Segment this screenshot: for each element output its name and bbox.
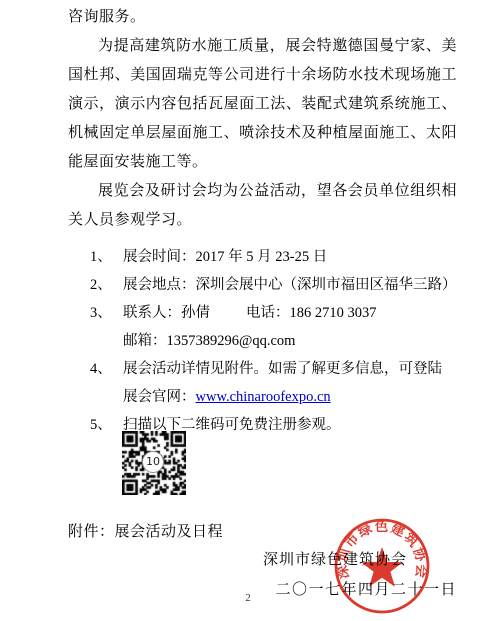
list-item-time-text: 展会时间：2017 年 5 月 23-25 日: [123, 249, 327, 265]
list-number: 4、: [90, 355, 112, 383]
qr-center-badge: 10: [142, 451, 164, 473]
paragraph-continuation: 咨询服务。: [68, 3, 457, 32]
signature-organization: 深圳市绿色建筑协会: [263, 545, 457, 575]
page-number: 2: [0, 592, 496, 604]
website-label: 展会官网：: [123, 389, 196, 405]
list-number: 5、: [90, 411, 112, 439]
paragraph-invitation: 展览会及研讨会均为公益活动，望各会员单位组织相关人员参观学习。: [68, 177, 457, 235]
contact-name: 联系人：孙倩: [123, 305, 210, 321]
expo-website-link[interactable]: www.chinaroofexpo.cn: [196, 389, 331, 405]
list-item-contact: 3、 联系人：孙倩电话：186 2710 3037 邮箱：1357389296@…: [68, 299, 457, 355]
page: 咨询服务。 为提高建筑防水施工质量，展会特邀德国曼宁家、美国杜邦、美国固瑞克等公…: [0, 0, 496, 621]
document-page: { "document": { "paragraphs": [ "咨询服务。",…: [0, 0, 496, 621]
list-item-website: 4、 展会活动详情见附件。如需了解更多信息，可登陆 展会官网：www.china…: [68, 355, 457, 411]
body-text: 咨询服务。 为提高建筑防水施工质量，展会特邀德国曼宁家、美国杜邦、美国固瑞克等公…: [68, 3, 457, 439]
paragraph-demo-intro: 为提高建筑防水施工质量，展会特邀德国曼宁家、美国杜邦、美国固瑞克等公司进行十余场…: [68, 32, 457, 177]
contact-phone: 电话：186 2710 3037: [246, 305, 377, 321]
qr-code: 10: [122, 431, 186, 495]
list-number: 2、: [90, 271, 112, 299]
info-list: 1、 展会时间：2017 年 5 月 23-25 日 2、 展会地点：深圳会展中…: [68, 243, 457, 439]
list-number: 1、: [90, 243, 112, 271]
list-item-venue: 2、 展会地点：深圳会展中心（深圳市福田区福华三路）: [68, 271, 457, 299]
list-number: 3、: [90, 299, 112, 327]
list-item-time: 1、 展会时间：2017 年 5 月 23-25 日: [68, 243, 457, 271]
attachment-line: 附件：展会活动及日程: [68, 518, 223, 547]
website-line1-text: 展会活动详情见附件。如需了解更多信息，可登陆: [123, 361, 442, 377]
list-item-venue-text: 展会地点：深圳会展中心（深圳市福田区福华三路）: [123, 277, 457, 293]
contact-email: 邮箱：1357389296@qq.com: [123, 327, 457, 355]
